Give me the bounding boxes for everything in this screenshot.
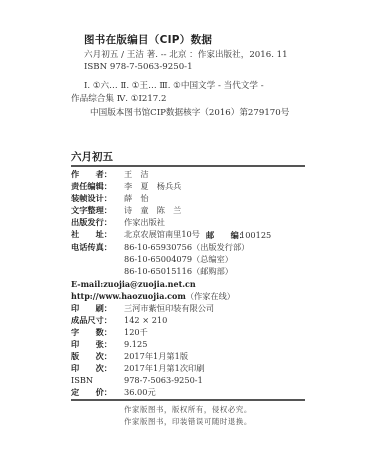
- field-phone-2: 86-10-65004079（总编室）: [71, 255, 233, 263]
- field-design: 装帧设计：薛 怡: [71, 194, 149, 202]
- field-value: 86-10-65004079（总编室）: [124, 255, 233, 263]
- field-value: 作家出版社: [124, 218, 165, 226]
- field-label: 字 数：: [71, 328, 124, 336]
- field-value: 978-7-5063-9250-1: [124, 376, 203, 384]
- field-label: 责任编辑：: [71, 182, 124, 190]
- field-phone-3: 86-10-65015116（邮购部）: [71, 267, 233, 275]
- field-value: 86-10-65930756（出版发行部）: [124, 243, 249, 251]
- field-value: 王 洁: [124, 170, 149, 178]
- field-label: 装帧设计：: [71, 194, 124, 202]
- field-value: 李 夏 杨兵兵: [124, 182, 181, 190]
- cip-title: 图书在版编目（CIP）数据: [84, 35, 212, 46]
- cip-subjects: Ⅰ. ①六… Ⅱ. ①王… Ⅲ. ①中国文学 - 当代文学 -: [84, 82, 264, 91]
- book-title: 六月初五: [71, 152, 113, 163]
- field-isbn: ISBN978-7-5063-9250-1: [71, 376, 203, 384]
- field-label: 社 址：: [71, 230, 124, 238]
- website-row: http://www.haozuojia.com（作家在线）: [71, 292, 235, 300]
- field-text-editing: 文字整理：诗 童 陈 兰: [71, 206, 181, 214]
- field-label: 作 者：: [71, 170, 124, 178]
- field-printer: 印 刷：三河市紫恒印装有限公司: [71, 304, 214, 312]
- email-link[interactable]: E-mail:zuojia@zuojia.net.cn: [71, 280, 196, 288]
- field-label: 印 刷：: [71, 304, 124, 312]
- return-notice: 作家版图书，印装错误可随时退换。: [124, 416, 252, 427]
- website-link[interactable]: http://www.haozuojia.com: [71, 291, 186, 301]
- field-value: 2017年1月第1版: [124, 352, 188, 360]
- field-value: 诗 童 陈 兰: [124, 206, 181, 214]
- field-label: ISBN: [71, 376, 124, 384]
- field-word-count: 字 数：120千: [71, 328, 148, 336]
- field-value: 86-10-65015116（邮购部）: [124, 267, 233, 275]
- cip-isbn: ISBN 978-7-5063-9250-1: [84, 63, 193, 72]
- field-value: 三河市紫恒印装有限公司: [124, 304, 214, 312]
- copyright-notice: 作家版图书，版权所有，侵权必究。: [124, 404, 252, 415]
- field-label: 文字整理：: [71, 206, 124, 214]
- cip-record-number: 中国版本图书馆CIP数据核字（2016）第279170号: [90, 109, 289, 118]
- field-label: 出版发行：: [71, 218, 124, 226]
- bottom-divider: [71, 399, 305, 401]
- field-price: 定 价：36.00元: [71, 388, 156, 396]
- field-phone: 电话传真：86-10-65930756（出版发行部）: [71, 243, 249, 251]
- postcode-value: 100125: [240, 230, 271, 240]
- field-value: 北京农展馆南里10号: [124, 230, 200, 238]
- cip-classification: 作品综合集 Ⅳ. ①I217.2: [71, 95, 166, 104]
- field-label: 版 次：: [71, 352, 124, 360]
- field-label: 印 张：: [71, 340, 124, 348]
- field-value: 142 × 210: [124, 316, 167, 324]
- field-label: 成品尺寸：: [71, 316, 124, 324]
- top-divider: [71, 165, 305, 167]
- field-editor: 责任编辑：李 夏 杨兵兵: [71, 182, 181, 190]
- field-author: 作 者：王 洁: [71, 170, 149, 178]
- field-value: 36.00元: [124, 388, 156, 396]
- field-label: 印 次：: [71, 364, 124, 372]
- field-value: 120千: [124, 328, 148, 336]
- cip-citation: 六月初五 / 王洁 著. -- 北京 ：作家出版社，2016. 11: [84, 51, 288, 60]
- field-value: 2017年1月第1次印刷: [124, 364, 204, 372]
- website-note: （作家在线）: [186, 291, 235, 301]
- field-label: 定 价：: [71, 388, 124, 396]
- field-address: 社 址：北京农展馆南里10号: [71, 230, 200, 238]
- field-value: 9.125: [124, 340, 147, 348]
- field-value: 薛 怡: [124, 194, 149, 202]
- field-sheets: 印 张：9.125: [71, 340, 147, 348]
- field-publisher: 出版发行：作家出版社: [71, 218, 165, 226]
- field-edition: 版 次：2017年1月第1版: [71, 352, 188, 360]
- field-size: 成品尺寸：142 × 210: [71, 316, 167, 324]
- field-printing: 印 次：2017年1月第1次印刷: [71, 364, 204, 372]
- field-label: 电话传真：: [71, 243, 124, 251]
